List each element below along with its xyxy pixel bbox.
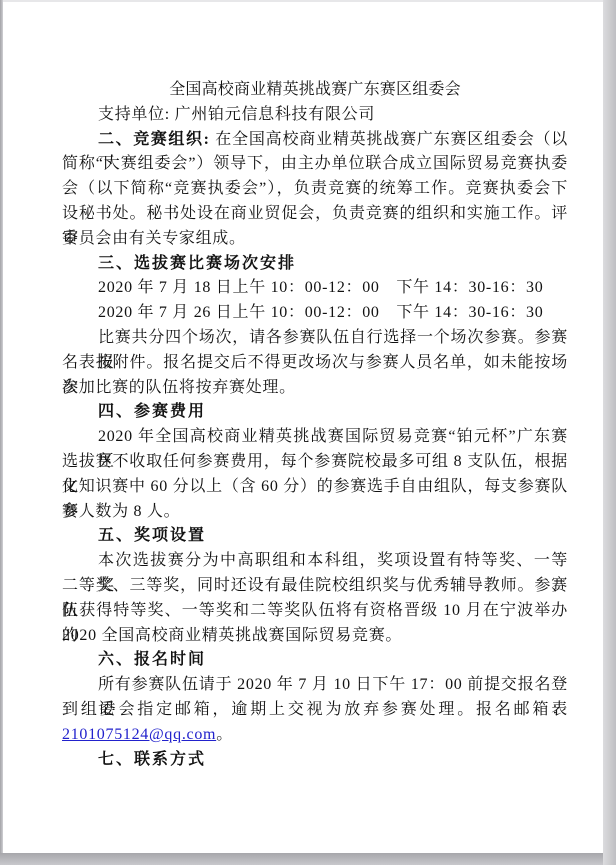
doc-line: 化知识赛中 60 分以上（含 60 分）的参赛选手自由组队，每支参赛队参 xyxy=(62,475,568,500)
page-shadow-bottom xyxy=(0,853,603,865)
schedule-date-line: 2020 年 7 月 18 日上午 10：00-12：00 下午 14：30-1… xyxy=(62,276,568,301)
doc-line: 简称“大赛组委会”）领导下，由主办单位联合成立国际贸易竞赛执委 xyxy=(62,152,568,177)
doc-line: 本次选拔赛分为中高职组和本科组，奖项设置有特等奖、一等奖、 xyxy=(62,549,568,574)
doc-line: 2020 全国高校商业精英挑战赛国际贸易竞赛。 xyxy=(62,624,568,649)
doc-line: 设秘书处。秘书处设在商业贸促会，负责竞赛的组织和实施工作。评审 xyxy=(62,202,568,227)
doc-line: 二、竞赛组织: 在全国高校商业精英挑战赛广东赛区组委会（以下 xyxy=(62,128,568,153)
section-heading-inline: 二、竞赛组织: xyxy=(98,131,210,148)
section-heading: 三、选拔赛比赛场次安排 xyxy=(62,252,568,277)
doc-line: 二等奖、三等奖，同时还设有最佳院校组织奖与优秀辅导教师。参赛队 xyxy=(62,574,568,599)
doc-title: 全国高校商业精英挑战赛广东赛区组委会 xyxy=(62,78,568,103)
doc-line: 到组委会指定邮箱，逾期上交视为放弃参赛处理。报名邮箱： xyxy=(62,698,568,723)
doc-line: 比赛共分四个场次，请各参赛队伍自行选择一个场次参赛。参赛报 xyxy=(62,326,568,351)
email-link[interactable]: 2101075124@qq.com xyxy=(62,726,216,743)
section-heading: 五、奖项设置 xyxy=(62,524,568,549)
document-page: 全国高校商业精英挑战赛广东赛区组委会支持单位: 广州铂元信息科技有限公司二、竞赛… xyxy=(0,0,616,865)
section-heading: 六、报名时间 xyxy=(62,648,568,673)
doc-line: 名表按附件。报名提交后不得更改场次与参赛人员名单，如未能按场次 xyxy=(62,351,568,376)
doc-line: 所有参赛队伍请于 2020 年 7 月 10 日下午 17：00 前提交报名登记… xyxy=(62,673,568,698)
section-heading: 四、参赛费用 xyxy=(62,400,568,425)
page-edge-left xyxy=(0,0,3,853)
schedule-date-line: 2020 年 7 月 26 日上午 10：00-12：00 下午 14：30-1… xyxy=(62,301,568,326)
doc-line: 2020 年全国高校商业精英挑战赛国际贸易竞赛“铂元杯”广东赛区 xyxy=(62,425,568,450)
doc-line: 会（以下简称“竞赛执委会”），负责竞赛的统筹工作。竞赛执委会下 xyxy=(62,177,568,202)
document-body: 全国高校商业精英挑战赛广东赛区组委会支持单位: 广州铂元信息科技有限公司二、竞赛… xyxy=(62,78,568,772)
doc-line: 伍获得特等奖、一等奖和二等奖队伍将有资格晋级 10 月在宁波举办的 xyxy=(62,599,568,624)
doc-line: 委员会由有关专家组成。 xyxy=(62,227,568,252)
doc-line: 选拔赛不收取任何参赛费用，每个参赛院校最多可组 8 支队伍，根据文 xyxy=(62,450,568,475)
email-line: 2101075124@qq.com。 xyxy=(62,723,568,748)
page-edge-top xyxy=(3,0,603,2)
section-heading: 七、联系方式 xyxy=(62,748,568,773)
doc-line: 赛人数为 8 人。 xyxy=(62,500,568,525)
page-shadow-right xyxy=(603,0,616,865)
support-unit-line: 支持单位: 广州铂元信息科技有限公司 xyxy=(62,103,568,128)
doc-line: 参加比赛的队伍将按弃赛处理。 xyxy=(62,376,568,401)
